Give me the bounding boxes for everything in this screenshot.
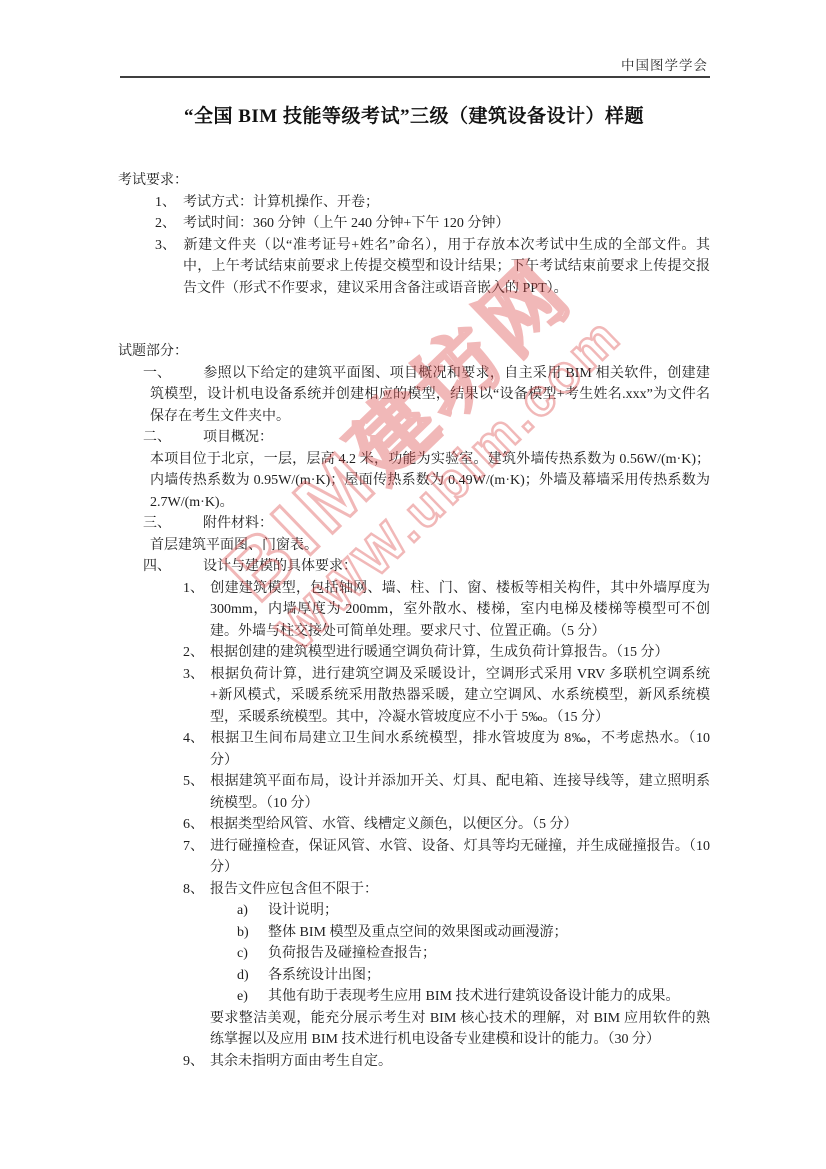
block-text: 参照以下给定的建筑平面图、项目概况和要求，自主采用 BIM 相关软件，创建建筑模… [150,366,710,424]
item-number: 1、 [155,192,183,214]
exam-requirement-item: 3、新建文件夹（以“准考证号+姓名”命名），用于存放本次考试中生成的全部文件。其… [118,235,710,300]
subitem-letter: c) [237,943,268,965]
attachments-label-row: 三、附件材料： [118,513,710,535]
design-requirements-label-row: 四、设计与建模的具体要求： [118,556,710,578]
item-text: 考试方式：计算机操作、开卷； [183,195,379,210]
design-requirement-item: 4、根据卫生间布局建立卫生间水系统模型，排水管坡度为 8‰，不考虑热水。（10 … [118,728,710,771]
item-number: 3、 [155,235,183,257]
block-label: 一、 [143,363,203,385]
item-number: 3、 [183,664,210,686]
design-requirement-item: 1、创建建筑模型，包括轴网、墙、柱、门、窗、楼板等相关构件，其中外墙厚度为 30… [118,578,710,643]
item-text: 根据建筑平面布局，设计并添加开关、灯具、配电箱、连接导线等，建立照明系统模型。（… [210,774,710,811]
item-text: 根据卫生间布局建立卫生间水系统模型，排水管坡度为 8‰，不考虑热水。（10 分） [210,731,710,768]
design-requirement-item: 8、报告文件应包含但不限于： [118,879,710,901]
design-requirement-item: 7、进行碰撞检查，保证风管、水管、设备、灯具等均无碰撞，并生成碰撞报告。（10 … [118,836,710,879]
item-text: 考试时间：360 分钟（上午 240 分钟+下午 120 分钟） [183,216,509,231]
item-number: 4、 [183,728,210,750]
report-subitem: e)其他有助于表现考生应用 BIM 技术进行建筑设备设计能力的成果。 [118,986,710,1008]
item-number: 2、 [183,642,210,664]
attachments-paragraph: 首层建筑平面图、门窗表。 [118,535,710,557]
item-text: 根据类型给风管、水管、线槽定义颜色，以便区分。（5 分） [210,817,578,832]
block-heading: 附件材料： [203,516,273,531]
project-overview-paragraph: 本项目位于北京，一层，层高 4.2 米，功能为实验室。建筑外墙传热系数为 0.5… [118,449,710,514]
question-part-heading: 试题部分： [118,341,710,363]
item-number: 1、 [183,578,210,600]
design-requirement-item: 9、其余未指明方面由考生自定。 [118,1051,710,1073]
subitem-letter: e) [237,986,268,1008]
project-overview-label-row: 二、项目概况： [118,427,710,449]
item-number: 8、 [183,879,210,901]
document-page: 中国图学学会 “全国 BIM 技能等级考试”三级（建筑设备设计）样题 考试要求：… [0,0,826,1169]
subitem-text: 各系统设计出图； [268,968,380,983]
overview-block: 一、参照以下给定的建筑平面图、项目概况和要求，自主采用 BIM 相关软件，创建建… [118,363,710,428]
document-title: “全国 BIM 技能等级考试”三级（建筑设备设计）样题 [118,102,710,132]
item-text: 新建文件夹（以“准考证号+姓名”命名），用于存放本次考试中生成的全部文件。其中，… [183,238,710,296]
exam-requirement-item: 1、考试方式：计算机操作、开卷； [118,192,710,214]
item-number: 7、 [183,836,210,858]
subitem-letter: a) [237,900,268,922]
design-requirement-item: 5、根据建筑平面布局，设计并添加开关、灯具、配电箱、连接导线等，建立照明系统模型… [118,771,710,814]
subitem-text: 其他有助于表现考生应用 BIM 技术进行建筑设备设计能力的成果。 [268,989,679,1004]
item-text: 报告文件应包含但不限于： [210,882,378,897]
subitem-letter: b) [237,922,268,944]
block-heading: 设计与建模的具体要求： [203,559,357,574]
block-heading: 项目概况： [203,430,273,445]
report-subitem: d)各系统设计出图； [118,965,710,987]
subitem-letter: d) [237,965,268,987]
design-requirement-item: 2、根据创建的建筑模型进行暖通空调负荷计算，生成负荷计算报告。（15 分） [118,642,710,664]
item-text: 根据创建的建筑模型进行暖通空调负荷计算，生成负荷计算报告。（15 分） [210,645,669,660]
document-body: “全国 BIM 技能等级考试”三级（建筑设备设计）样题 考试要求： 1、考试方式… [118,0,710,1072]
subitem-text: 负荷报告及碰撞检查报告； [268,946,436,961]
item-number: 6、 [183,814,210,836]
block-label: 三、 [143,513,203,535]
item-number: 2、 [155,213,183,235]
exam-requirement-item: 2、考试时间：360 分钟（上午 240 分钟+下午 120 分钟） [118,213,710,235]
item-text: 根据负荷计算，进行建筑空调及采暖设计，空调形式采用 VRV 多联机空调系统+新风… [210,667,710,725]
design-requirement-item: 6、根据类型给风管、水管、线槽定义颜色，以便区分。（5 分） [118,814,710,836]
design-requirement-item: 3、根据负荷计算，进行建筑空调及采暖设计，空调形式采用 VRV 多联机空调系统+… [118,664,710,729]
item-text: 进行碰撞检查，保证风管、水管、设备、灯具等均无碰撞，并生成碰撞报告。（10 分） [210,839,710,876]
report-subitem: c)负荷报告及碰撞检查报告； [118,943,710,965]
item-number: 9、 [183,1051,210,1073]
item-text: 其余未指明方面由考生自定。 [210,1054,392,1069]
item-number: 5、 [183,771,210,793]
exam-requirements-heading: 考试要求： [118,170,710,192]
report-requirements-tail: 要求整洁美观，能充分展示考生对 BIM 核心技术的理解，对 BIM 应用软件的熟… [118,1008,710,1051]
subitem-text: 整体 BIM 模型及重点空间的效果图或动画漫游； [268,925,567,940]
item-text: 创建建筑模型，包括轴网、墙、柱、门、窗、楼板等相关构件，其中外墙厚度为 300m… [210,581,710,639]
report-subitem: a)设计说明； [118,900,710,922]
report-subitem: b)整体 BIM 模型及重点空间的效果图或动画漫游； [118,922,710,944]
block-label: 二、 [143,427,203,449]
block-label: 四、 [143,556,203,578]
subitem-text: 设计说明； [268,903,338,918]
